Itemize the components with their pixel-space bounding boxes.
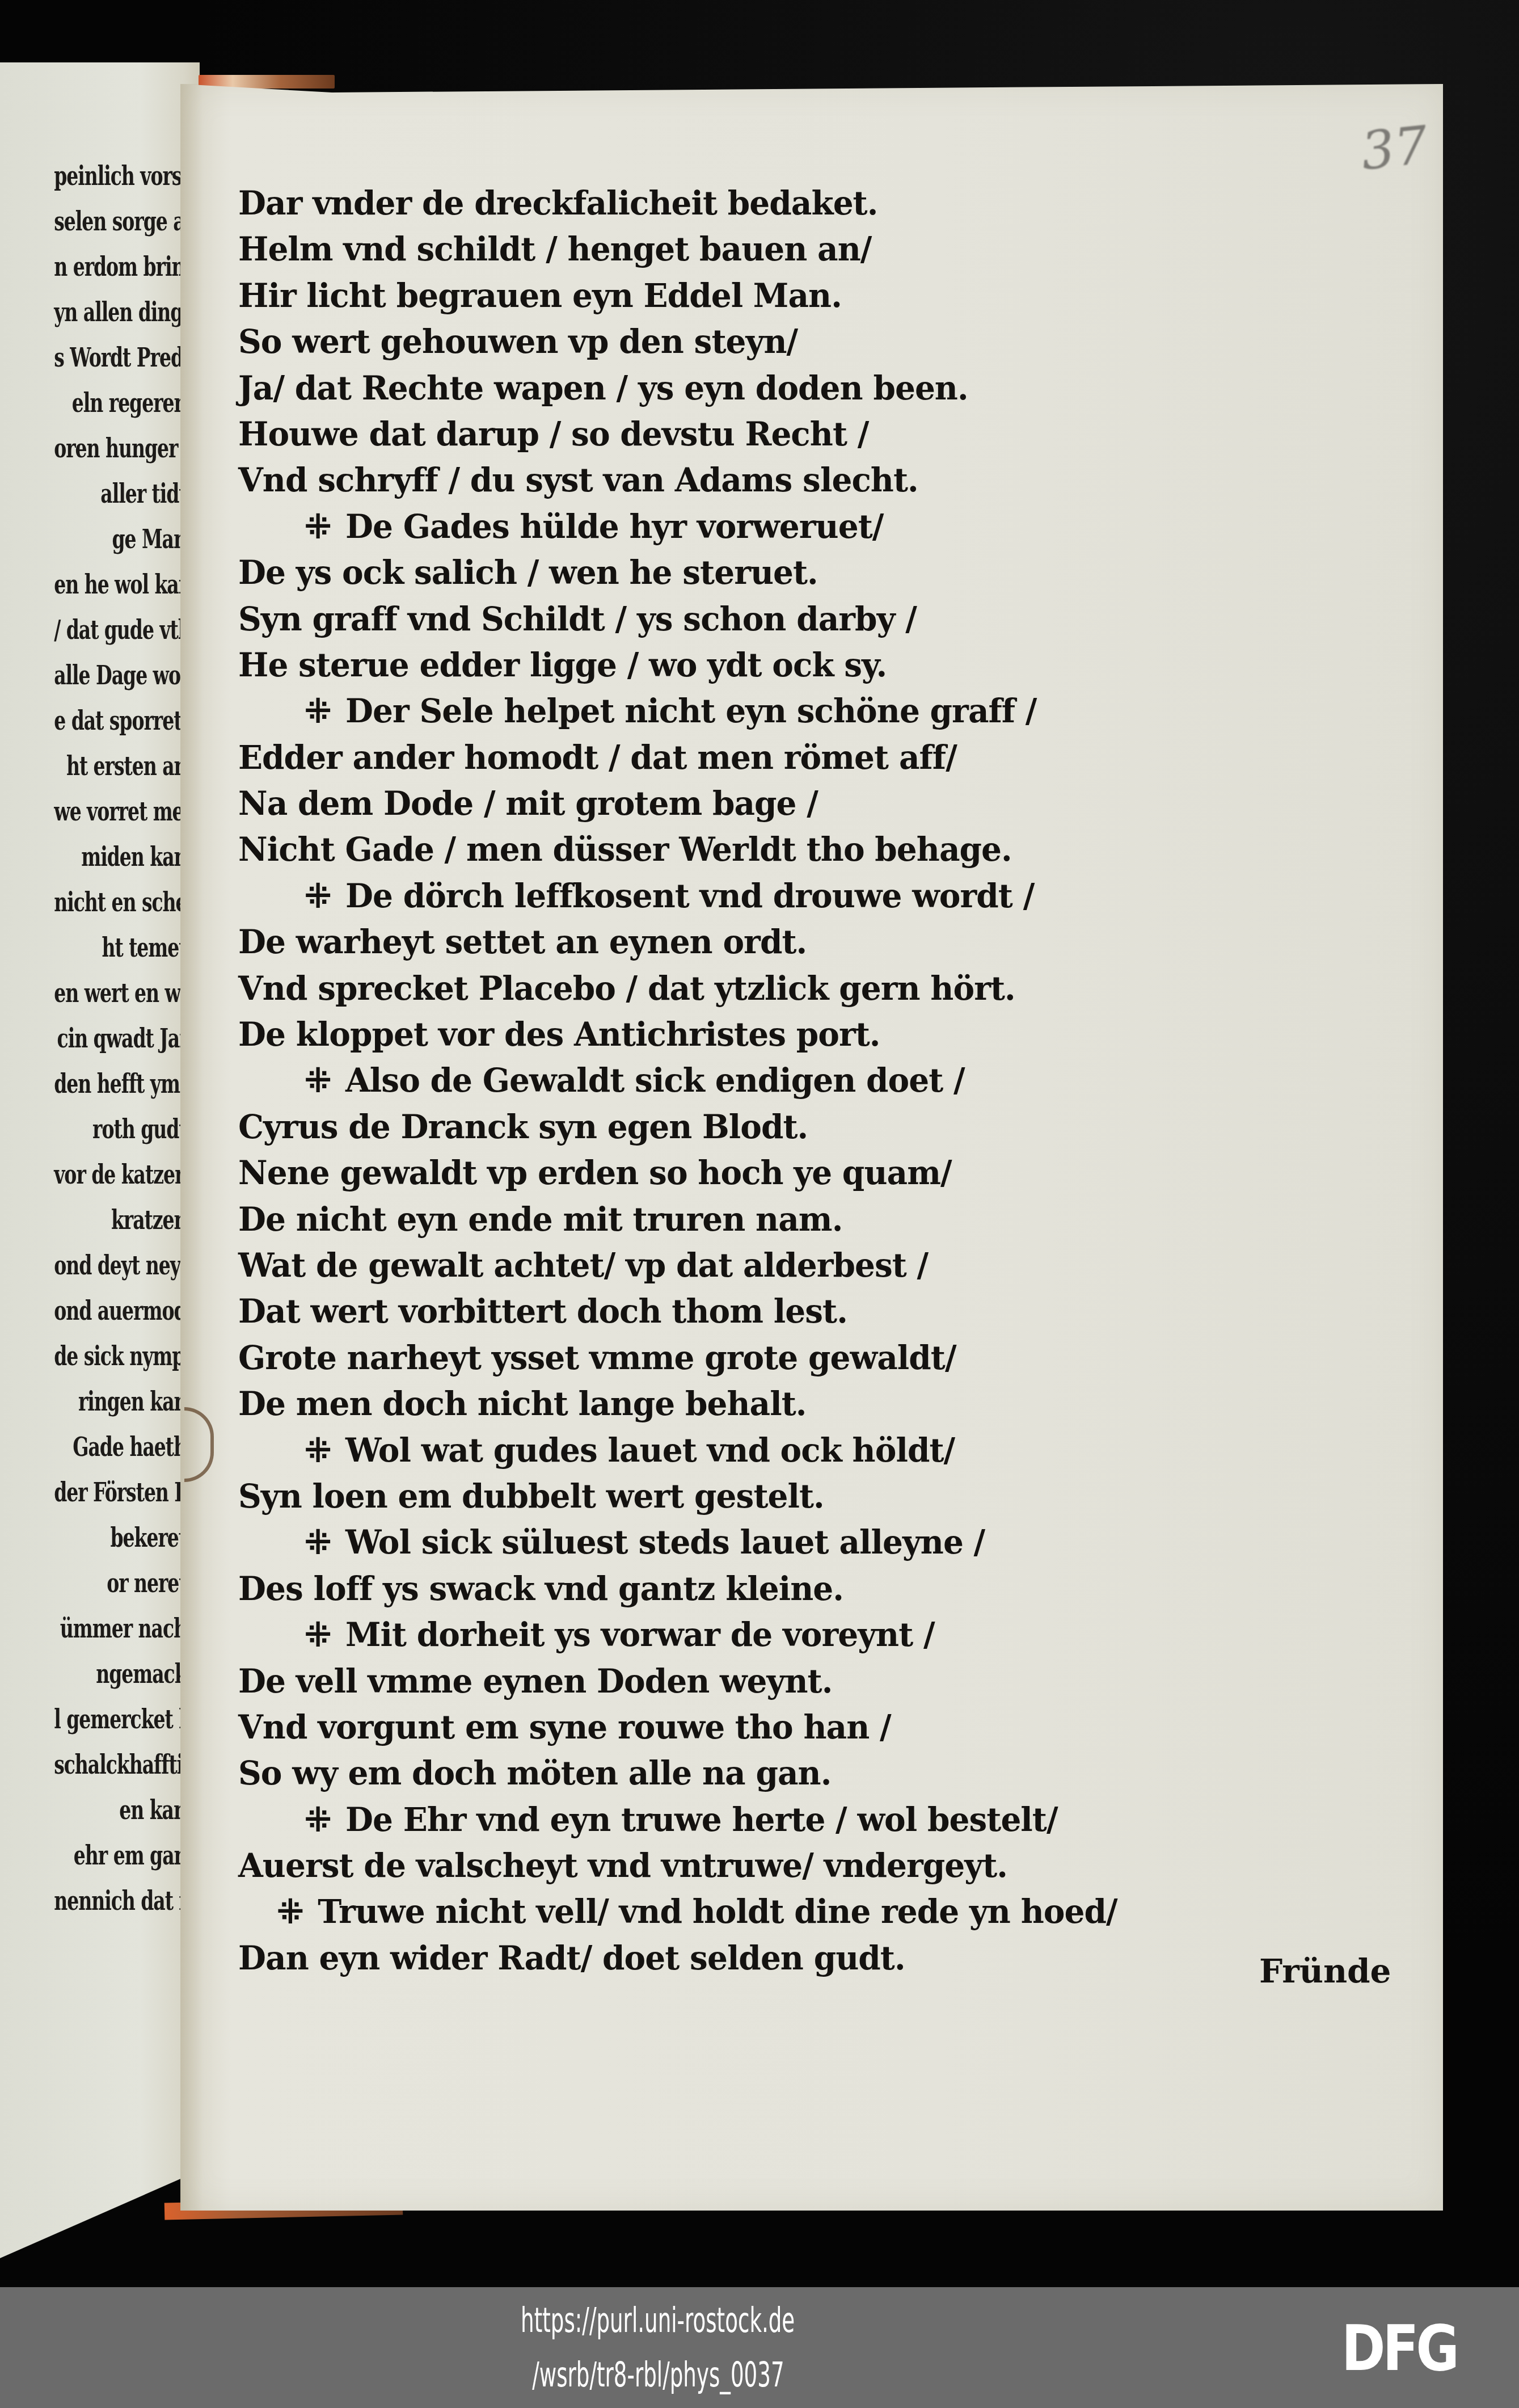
text-line: ⁜Wol wat gudes lauet vnd ock höldt/ [238, 1428, 1315, 1474]
text-line: Grote narheyt ysset vmme grote gewaldt/ [238, 1335, 1315, 1381]
left-page-line: cin qwadt Jar. [54, 1016, 193, 1061]
text-line: Hir licht begrauen eyn Eddel Man. [238, 273, 1315, 319]
text-line-content: Wol sick süluest steds lauet alleyne / [345, 1523, 985, 1561]
stanza-mark-icon: ⁜ [305, 1428, 337, 1474]
left-page-line: we vorret mennygen/ [54, 789, 193, 834]
text-line: Des loff ys swack vnd gantz kleine. [238, 1566, 1315, 1612]
text-line-content: Mit dorheit ys vorwar de voreynt / [345, 1615, 935, 1654]
left-page-line: or neret. [54, 1560, 193, 1606]
stanza-mark-icon: ⁜ [305, 1519, 337, 1565]
text-line: So wy em doch möten alle na gan. [238, 1750, 1315, 1796]
permalink[interactable]: https://purl.uni-rostock.de /wsrb/tr8-rb… [340, 2287, 976, 2408]
left-page-line: alle Dage wol. [54, 652, 193, 698]
text-line: ⁜Der Sele helpet nicht eyn schöne graff … [238, 688, 1315, 734]
stanza-mark-icon: ⁜ [305, 504, 337, 550]
left-page-line: der Försten Radt. [54, 1470, 193, 1515]
left-page-line: peinlich vorstan/ [54, 153, 193, 199]
text-line-content: Dat wert vorbittert doch thom lest. [238, 1292, 847, 1331]
left-page-line: oren hunger lidt, [54, 426, 193, 471]
text-line: De kloppet vor des Antichristes port. [238, 1012, 1315, 1058]
text-line-content: Cyrus de Dranck syn egen Blodt. [238, 1108, 808, 1146]
text-line-content: Houwe dat darup / so devstu Recht / [238, 415, 868, 453]
left-page-line: ngemack. [54, 1651, 193, 1696]
left-page-line: Gade haeth/ [54, 1424, 193, 1470]
text-line-content: Syn graff vnd Schildt / ys schon darby / [238, 600, 917, 638]
text-line: Nicht Gade / men düsser Werldt tho behag… [238, 827, 1315, 873]
left-page-line: de sick nympt wes [54, 1333, 193, 1379]
text-line-content: Also de Gewaldt sick endigen doet / [345, 1061, 965, 1100]
text-line: Ja/ dat Rechte wapen / ys eyn doden been… [238, 365, 1315, 411]
stanza-mark-icon: ⁜ [305, 1797, 337, 1843]
text-line: De warheyt settet an eynen ordt. [238, 919, 1315, 965]
left-page-line: yn allen dingen. [54, 289, 193, 335]
catchword: Fründe [1259, 1952, 1391, 1990]
text-line: De ys ock salich / wen he steruet. [238, 550, 1315, 596]
text-line-content: De nicht eyn ende mit truren nam. [238, 1200, 842, 1239]
left-page-line: den hefft ym modt/ [54, 1061, 193, 1106]
left-page-line: nicht en schemet/ [54, 879, 193, 925]
gutter-shadow [180, 84, 203, 2211]
text-line: He sterue edder ligge / wo ydt ock sy. [238, 642, 1315, 688]
left-page-line: en he wol kan. [54, 562, 193, 607]
right-page-text: Dar vnder de dreckfalicheit bedaket.Helm… [238, 180, 1344, 1981]
text-line-content: De warheyt settet an eynen ordt. [238, 923, 807, 961]
text-line: Dan eyn wider Radt/ doet selden gudt. [238, 1935, 1315, 1981]
text-line-content: De dörch leffkosent vnd drouwe wordt / [345, 877, 1034, 915]
text-line-content: Hir licht begrauen eyn Eddel Man. [238, 276, 842, 315]
left-page-line: ringen kan. [54, 1379, 193, 1424]
left-page-line: ond deyt neyn gudt/ [54, 1243, 193, 1288]
text-line: ⁜Wol sick süluest steds lauet alleyne / [238, 1519, 1315, 1565]
text-line: Nene gewaldt vp erden so hoch ye quam/ [238, 1150, 1315, 1196]
text-line-content: Wat de gewalt achtet/ vp dat alderbest / [238, 1246, 928, 1285]
text-line: Auerst de valscheyt vnd vntruwe/ vnderge… [238, 1843, 1315, 1889]
left-page-line: kratzen. [54, 1197, 193, 1243]
text-line: Helm vnd schildt / henget bauen an/ [238, 226, 1315, 272]
text-line: ⁜Mit dorheit ys vorwar de voreynt / [238, 1612, 1315, 1658]
left-page-line: e dat sporret yderman [54, 698, 193, 743]
text-line: Edder ander homodt / dat men römet aff/ [238, 735, 1315, 781]
text-line: Cyrus de Dranck syn egen Blodt. [238, 1104, 1315, 1150]
text-line: Vnd schryff / du syst van Adams slecht. [238, 457, 1315, 503]
text-line-content: Truwe nicht vell/ vnd holdt dine rede yn… [318, 1892, 1117, 1931]
text-line: ⁜De Gades hülde hyr vorweruet/ [238, 504, 1315, 550]
text-line: Vnd sprecket Placebo / dat ytzlick gern … [238, 966, 1315, 1012]
text-line: Dar vnder de dreckfalicheit bedaket. [238, 180, 1315, 226]
text-line-content: Helm vnd schildt / henget bauen an/ [238, 230, 871, 268]
left-page-line: aller tidt. [54, 471, 193, 516]
stanza-mark-icon: ⁜ [305, 688, 337, 734]
text-line: De nicht eyn ende mit truren nam. [238, 1197, 1315, 1243]
left-page-line: s Wordt Predigeren/ [54, 335, 193, 380]
text-line: Wat de gewalt achtet/ vp dat alderbest / [238, 1243, 1315, 1289]
text-line: De vell vmme eynen Doden weynt. [238, 1658, 1315, 1704]
text-line: ⁜De Ehr vnd eyn truwe herte / wol bestel… [238, 1797, 1315, 1843]
text-line-content: De ys ock salich / wen he steruet. [238, 553, 818, 592]
left-page-line: ond auermodt. [54, 1288, 193, 1333]
text-line-content: Auerst de valscheyt vnd vntruwe/ vnderge… [238, 1846, 1007, 1885]
left-page-line: miden kan. [54, 834, 193, 879]
permalink-line-1[interactable]: https://purl.uni-rostock.de [521, 2293, 795, 2348]
text-line-content: Nicht Gade / men düsser Werldt tho behag… [238, 830, 1012, 869]
text-line-content: De vell vmme eynen Doden weynt. [238, 1662, 832, 1700]
footer-bar: https://purl.uni-rostock.de /wsrb/tr8-rb… [0, 2287, 1519, 2408]
text-line: ⁜De dörch leffkosent vnd drouwe wordt / [238, 873, 1315, 919]
text-line-content: Vnd vorgunt em syne rouwe tho han / [238, 1708, 891, 1746]
left-page-line: / dat gude vthkesen/ [54, 607, 193, 652]
left-page-line: bekeret/ [54, 1515, 193, 1560]
text-line-content: Vnd schryff / du syst van Adams slecht. [238, 461, 918, 499]
text-line-content: De Ehr vnd eyn truwe herte / wol bestelt… [345, 1800, 1058, 1839]
stanza-mark-icon: ⁜ [305, 873, 337, 919]
stanza-mark-icon: ⁜ [277, 1889, 310, 1935]
text-line: Na dem Dode / mit grotem bage / [238, 781, 1315, 827]
text-line-content: He sterue edder ligge / wo ydt ock sy. [238, 646, 887, 684]
text-line: Syn loen em dubbelt wert gestelt. [238, 1474, 1315, 1519]
stanza-mark-icon: ⁜ [305, 1058, 337, 1104]
text-line-content: Vnd sprecket Placebo / dat ytzlick gern … [238, 969, 1015, 1008]
left-page-line: ht temet. [54, 925, 193, 970]
text-line-content: De men doch nicht lange behalt. [238, 1384, 807, 1423]
text-line-content: So wy em doch möten alle na gan. [238, 1754, 831, 1792]
text-line: De men doch nicht lange behalt. [238, 1381, 1315, 1427]
text-line-content: Der Sele helpet nicht eyn schöne graff / [345, 692, 1037, 730]
left-page-text: peinlich vorstan/selen sorge an.n erdom … [0, 153, 193, 1923]
left-page-line: vor de katzen/ [54, 1152, 193, 1197]
left-page-line: roth gudt. [54, 1106, 193, 1152]
left-page-line: n erdom bringen/ [54, 244, 193, 289]
text-line: ⁜Also de Gewaldt sick endigen doet / [238, 1058, 1315, 1104]
left-page-line: ehr em gan. [54, 1833, 193, 1878]
left-page-line: en wert en war/ [54, 970, 193, 1016]
left-page-line: eln regeren. [54, 380, 193, 426]
text-line-content: So wert gehouwen vp den steyn/ [238, 322, 798, 361]
left-page-line: en kan/ [54, 1787, 193, 1833]
text-line-content: Dan eyn wider Radt/ doet selden gudt. [238, 1939, 905, 1977]
permalink-line-2[interactable]: /wsrb/tr8-rbl/phys_0037 [532, 2348, 784, 2402]
text-line: So wert gehouwen vp den steyn/ [238, 319, 1315, 365]
left-page-line: ümmer nach/ [54, 1606, 193, 1651]
text-line-content: De kloppet vor des Antichristes port. [238, 1015, 880, 1054]
left-page-line: schalckhafftick Man [54, 1742, 193, 1787]
text-line: Vnd vorgunt em syne rouwe tho han / [238, 1704, 1315, 1750]
text-line-content: Na dem Dode / mit grotem bage / [238, 784, 818, 823]
text-line-content: Dar vnder de dreckfalicheit bedaket. [238, 184, 877, 222]
left-page-fragment: peinlich vorstan/selen sorge an.n erdom … [0, 62, 200, 2258]
text-line-content: Des loff ys swack vnd gantz kleine. [238, 1569, 843, 1608]
text-line-content: Syn loen em dubbelt wert gestelt. [238, 1477, 824, 1515]
left-page-line: selen sorge an. [54, 199, 193, 244]
left-page-line: nennich dat maket/ [54, 1878, 193, 1923]
left-page-line: l gemercket hatt/ [54, 1696, 193, 1742]
stanza-mark-icon: ⁜ [305, 1612, 337, 1658]
text-line-content: Wol wat gudes lauet vnd ock höldt/ [345, 1431, 955, 1470]
left-page-line: ht ersten an. [54, 743, 193, 789]
text-line: ⁜Truwe nicht vell/ vnd holdt dine rede y… [238, 1889, 1315, 1935]
folio-number: 37 [1358, 115, 1431, 182]
dfg-logo-icon: DFG [1341, 2320, 1457, 2377]
text-line-content: Nene gewaldt vp erden so hoch ye quam/ [238, 1154, 952, 1192]
text-line-content: Edder ander homodt / dat men römet aff/ [238, 738, 957, 777]
text-line-content: Ja/ dat Rechte wapen / ys eyn doden been… [238, 369, 968, 407]
text-line: Dat wert vorbittert doch thom lest. [238, 1289, 1315, 1334]
text-line-content: De Gades hülde hyr vorweruet/ [345, 507, 884, 546]
left-page-line: ge Man/ [54, 516, 193, 562]
text-line-content: Grote narheyt ysset vmme grote gewaldt/ [238, 1338, 956, 1377]
text-line: Houwe dat darup / so devstu Recht / [238, 411, 1315, 457]
text-line: Syn graff vnd Schildt / ys schon darby / [238, 596, 1315, 642]
